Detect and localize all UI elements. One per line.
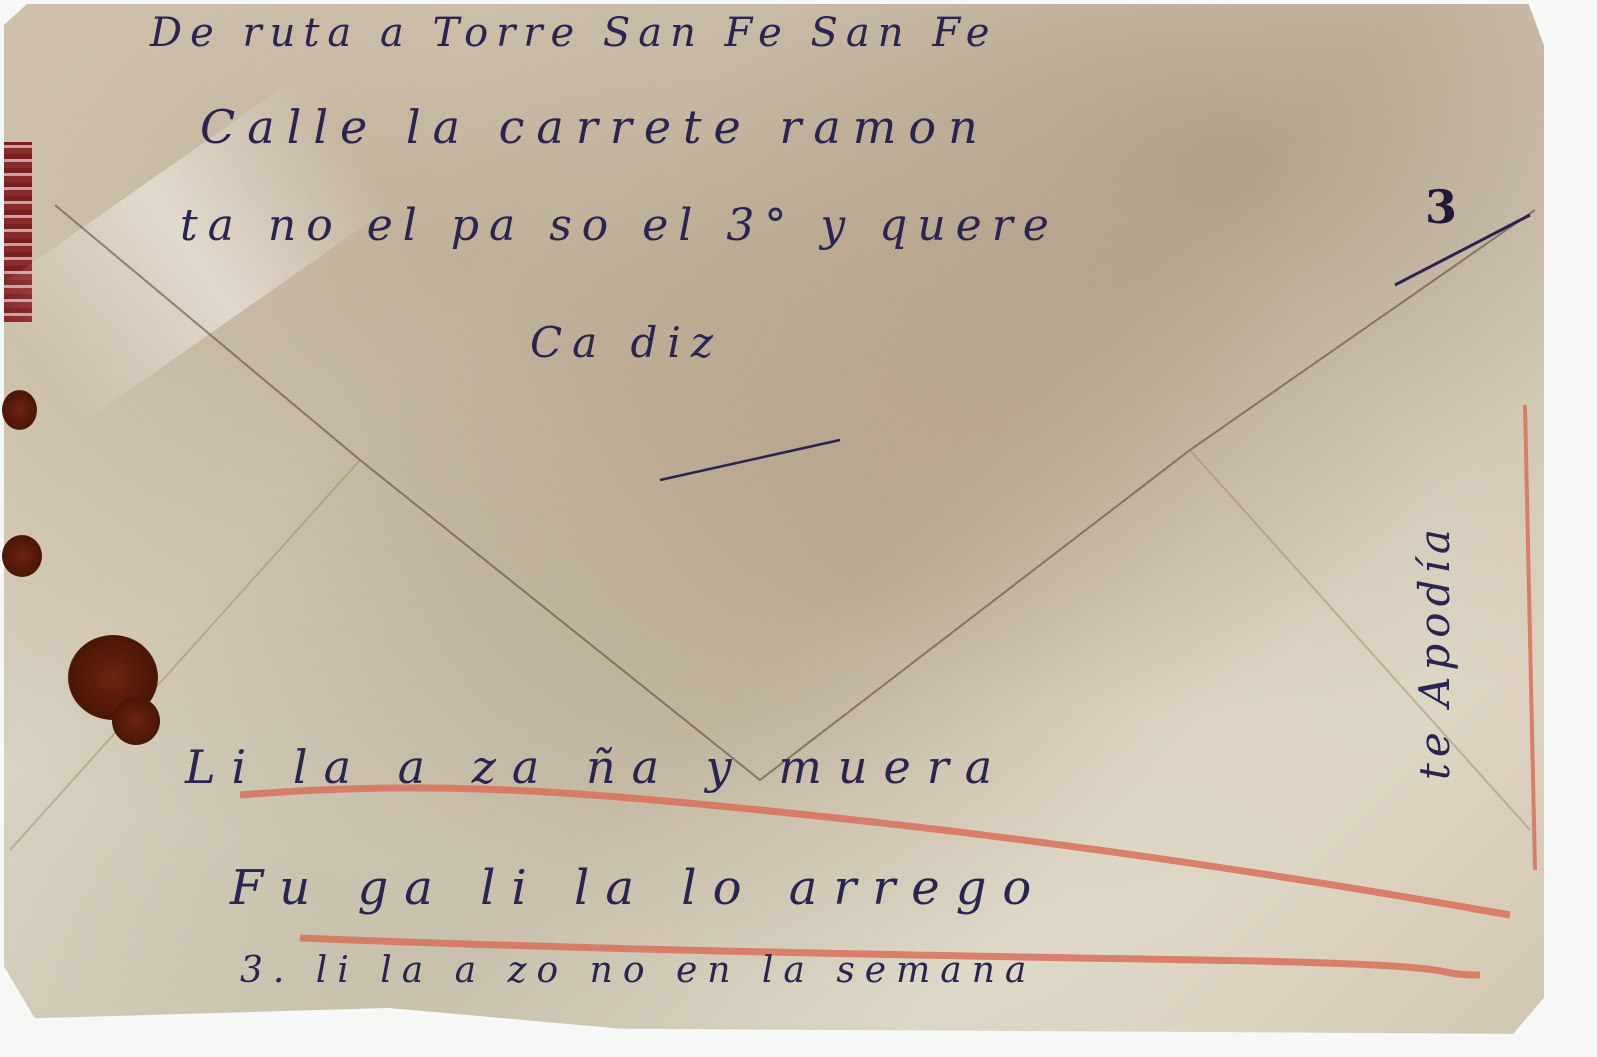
corner-number: 3	[1425, 180, 1457, 234]
vertical-note: te Apodía	[1410, 523, 1459, 780]
handwriting-line: ta no el pa so el 3° y quere	[180, 200, 1059, 251]
handwriting-line: Fu ga li la lo arrego	[230, 860, 1047, 916]
ink-stain	[2, 535, 42, 577]
handwriting-line: 3. li la a zo no en la semana	[240, 950, 1036, 991]
handwriting-line: Ca diz	[530, 318, 723, 367]
ink-stain	[112, 697, 160, 745]
handwriting-line: De ruta a Torre San Fe San Fe	[150, 10, 997, 56]
handwriting-line: Li la a za ña y muera	[185, 740, 1008, 794]
ink-stain	[2, 390, 37, 430]
handwriting-line: Calle la carrete ramon	[200, 100, 990, 154]
